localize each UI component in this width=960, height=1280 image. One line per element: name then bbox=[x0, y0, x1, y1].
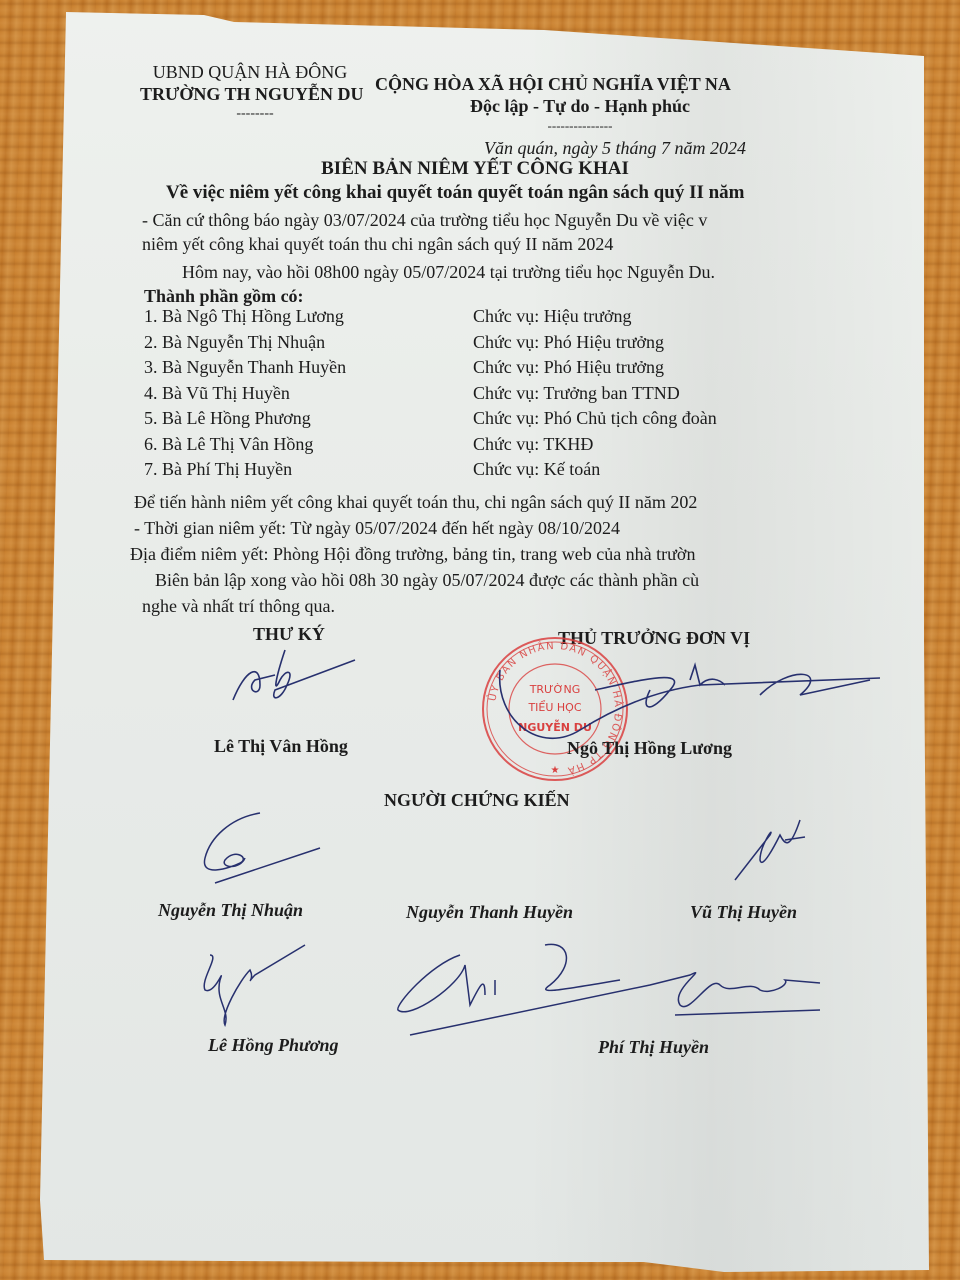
witness-signature-4 bbox=[195, 950, 335, 1030]
member-name: 1. Bà Ngô Thị Hồng Lương bbox=[144, 306, 344, 327]
member-name: 5. Bà Lê Hồng Phương bbox=[144, 408, 311, 429]
member-name: 2. Bà Nguyễn Thị Nhuận bbox=[144, 332, 325, 353]
members-heading: Thành phần gồm có: bbox=[144, 286, 304, 307]
member-role: Chức vụ: Phó Hiệu trưởng bbox=[473, 357, 664, 378]
witness-name: Lê Hồng Phương bbox=[208, 1035, 338, 1056]
member-role: Chức vụ: Phó Hiệu trưởng bbox=[473, 332, 664, 353]
secretary-signature bbox=[215, 640, 375, 710]
secretary-name: Lê Thị Vân Hồng bbox=[214, 736, 348, 757]
witness-name: Phí Thị Huyền bbox=[598, 1037, 709, 1058]
document: UBND QUẬN HÀ ĐÔNG TRƯỜNG TH NGUYỄN DU --… bbox=[0, 0, 960, 1280]
posting-location: Địa điểm niêm yết: Phòng Hội đồng trường… bbox=[130, 544, 695, 565]
witness-signature-3 bbox=[730, 815, 810, 885]
document-subtitle: Về việc niêm yết công khai quyết toán qu… bbox=[166, 182, 745, 204]
member-name: 6. Bà Lê Thị Vân Hồng bbox=[144, 434, 313, 455]
witness-signature-2-and-5 bbox=[390, 935, 820, 1045]
witness-name: Vũ Thị Huyền bbox=[690, 902, 797, 923]
witness-name: Nguyễn Thanh Huyền bbox=[406, 902, 573, 923]
witness-name: Nguyễn Thị Nhuận bbox=[158, 900, 303, 921]
header-school: TRƯỜNG TH NGUYỄN DU bbox=[140, 84, 360, 105]
member-name: 4. Bà Vũ Thị Huyền bbox=[144, 383, 290, 404]
head-name: Ngô Thị Hồng Lương bbox=[567, 738, 732, 759]
place-date: Văn quán, ngày 5 tháng 7 năm 2024 bbox=[484, 138, 746, 159]
purpose-statement: Để tiến hành niêm yết công khai quyết to… bbox=[134, 492, 697, 513]
witness-heading: NGƯỜI CHỨNG KIẾN bbox=[384, 790, 570, 811]
basis-line-1: - Căn cứ thông báo ngày 03/07/2024 của t… bbox=[142, 210, 707, 231]
member-name: 7. Bà Phí Thị Huyền bbox=[144, 459, 292, 480]
header-left-divider: -------- bbox=[215, 106, 295, 122]
closing-line-1: Biên bản lập xong vào hồi 08h 30 ngày 05… bbox=[155, 570, 699, 591]
today-statement: Hôm nay, vào hồi 08h00 ngày 05/07/2024 t… bbox=[182, 262, 715, 283]
header-authority: UBND QUẬN HÀ ĐÔNG bbox=[150, 62, 350, 83]
member-role: Chức vụ: TKHĐ bbox=[473, 434, 593, 455]
member-role: Chức vụ: Hiệu trưởng bbox=[473, 306, 632, 327]
document-title: BIÊN BẢN NIÊM YẾT CÔNG KHAI bbox=[250, 158, 700, 180]
member-role: Chức vụ: Kế toán bbox=[473, 459, 600, 480]
member-role: Chức vụ: Phó Chủ tịch công đoàn bbox=[473, 408, 717, 429]
closing-line-2: nghe và nhất trí thông qua. bbox=[142, 596, 335, 617]
basis-line-2: niêm yết công khai quyết toán thu chi ng… bbox=[142, 234, 613, 255]
header-motto: Độc lập - Tự do - Hạnh phúc bbox=[420, 96, 740, 117]
header-nation: CỘNG HÒA XÃ HỘI CHỦ NGHĨA VIỆT NA bbox=[375, 74, 731, 95]
header-right-divider: --------------- bbox=[520, 118, 640, 134]
posting-period: - Thời gian niêm yết: Từ ngày 05/07/2024… bbox=[134, 518, 620, 539]
witness-signature-1 bbox=[190, 808, 350, 888]
member-name: 3. Bà Nguyễn Thanh Huyền bbox=[144, 357, 346, 378]
member-role: Chức vụ: Trưởng ban TTND bbox=[473, 383, 680, 404]
